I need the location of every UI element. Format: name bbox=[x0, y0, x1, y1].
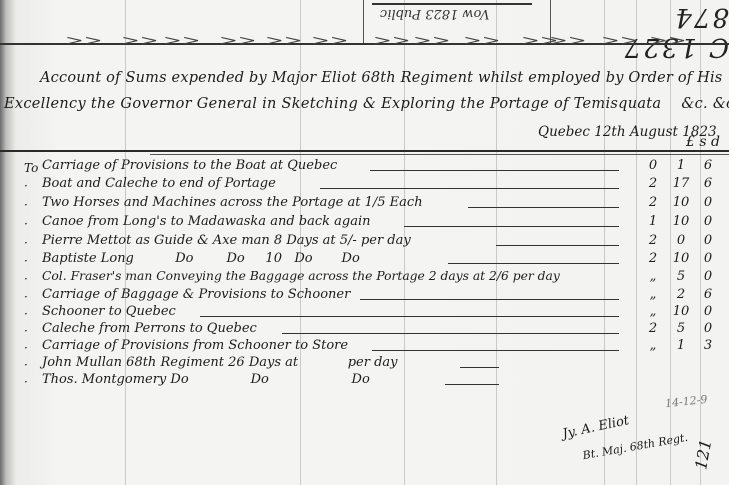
entry-row: · Thos. Montgomery Do Do Do bbox=[0, 372, 729, 390]
leader-line bbox=[360, 299, 619, 300]
pounds: „ bbox=[640, 269, 666, 284]
pence: 0 bbox=[696, 195, 720, 210]
pence: 0 bbox=[696, 321, 720, 336]
entry-description: Boat and Caleche to end of Portage bbox=[42, 176, 276, 191]
leader-line bbox=[460, 367, 499, 368]
entry-row: · Two Horses and Machines across the Por… bbox=[0, 195, 729, 213]
leader-line bbox=[496, 245, 619, 246]
pence: 6 bbox=[696, 287, 720, 302]
pounds: „ bbox=[640, 304, 666, 319]
entry-row: · Col. Fraser's man Conveying the Baggag… bbox=[0, 269, 729, 287]
leader-line bbox=[445, 384, 499, 385]
pounds: „ bbox=[640, 287, 666, 302]
pounds: 0 bbox=[640, 158, 666, 173]
entry-prefix: · bbox=[24, 375, 28, 389]
entry-amount: „13 bbox=[640, 338, 728, 353]
shillings: 10 bbox=[666, 195, 696, 210]
shillings: 2 bbox=[666, 287, 696, 302]
header-rule bbox=[0, 150, 729, 152]
title-etc: &c. &c. &c. bbox=[681, 96, 729, 112]
entry-description: Carriage of Provisions to the Boat at Qu… bbox=[42, 158, 337, 173]
entry-amount: 2100 bbox=[640, 251, 728, 266]
entry-prefix: · bbox=[24, 198, 28, 212]
pence: 0 bbox=[696, 251, 720, 266]
entry-amount: „50 bbox=[640, 269, 728, 284]
header-rule-thin bbox=[150, 154, 729, 155]
arrow-mark-icon: >> bbox=[413, 33, 451, 49]
entry-prefix: · bbox=[24, 358, 28, 372]
arrow-mark-icon: >> bbox=[549, 33, 587, 49]
entry-prefix: · bbox=[24, 341, 28, 355]
pence: 0 bbox=[696, 214, 720, 229]
entry-description: Thos. Montgomery Do Do Do bbox=[42, 372, 370, 387]
pounds: „ bbox=[640, 338, 666, 353]
pounds: 2 bbox=[640, 176, 666, 191]
arrow-mark-icon: >> bbox=[649, 33, 687, 49]
entry-amount: 1100 bbox=[640, 214, 728, 229]
entry-row: · Caleche from Perrons to Quebec 250 bbox=[0, 321, 729, 339]
leader-line bbox=[468, 207, 619, 208]
arrow-mark-icon: >> bbox=[601, 33, 639, 49]
entry-prefix: · bbox=[24, 272, 28, 286]
signature-name: Jy. A. Eliot bbox=[561, 413, 630, 442]
shillings: 5 bbox=[666, 321, 696, 336]
entry-description: Two Horses and Machines across the Porta… bbox=[42, 195, 423, 210]
arrow-mark-icon: >> bbox=[65, 33, 103, 49]
leader-line bbox=[404, 226, 619, 227]
entry-amount: „100 bbox=[640, 304, 728, 319]
pence: 0 bbox=[696, 233, 720, 248]
reference-number: C 1327 874 bbox=[563, 2, 729, 62]
shillings: 10 bbox=[666, 251, 696, 266]
title-line-2: Excellency the Governor General in Sketc… bbox=[4, 96, 729, 112]
entry-description: Baptiste Long Do Do 10 Do Do bbox=[42, 251, 360, 266]
entry-row: · Boat and Caleche to end of Portage 217… bbox=[0, 176, 729, 194]
entry-description: Caleche from Perrons to Quebec bbox=[42, 321, 257, 336]
arrow-mark-icon: >> bbox=[121, 33, 159, 49]
pence: 0 bbox=[696, 269, 720, 284]
pence: 3 bbox=[696, 338, 720, 353]
leader-line bbox=[372, 350, 619, 351]
entry-row: · Carriage of Baggage & Provisions to Sc… bbox=[0, 287, 729, 305]
shillings: 17 bbox=[666, 176, 696, 191]
pounds: 2 bbox=[640, 233, 666, 248]
entry-prefix: · bbox=[24, 179, 28, 193]
pence: 0 bbox=[696, 304, 720, 319]
shillings: 5 bbox=[666, 269, 696, 284]
shillings: 1 bbox=[666, 158, 696, 173]
entry-row: · Baptiste Long Do Do 10 Do Do 2100 bbox=[0, 251, 729, 269]
leader-line bbox=[200, 316, 619, 317]
pounds: 2 bbox=[640, 251, 666, 266]
pence: 6 bbox=[696, 176, 720, 191]
title-line-2-text: Excellency the Governor General in Sketc… bbox=[4, 96, 661, 112]
entry-prefix: · bbox=[24, 324, 28, 338]
arrow-mark-icon: >> bbox=[463, 33, 501, 49]
pence: 6 bbox=[696, 158, 720, 173]
entry-description: Carriage of Baggage & Provisions to Scho… bbox=[42, 287, 350, 302]
entry-prefix: · bbox=[24, 217, 28, 231]
entry-row: · John Mullan 68th Regiment 26 Days at p… bbox=[0, 355, 729, 373]
entry-prefix: · bbox=[24, 307, 28, 321]
entry-row: · Schooner to Quebec „100 bbox=[0, 304, 729, 322]
entry-amount: 2176 bbox=[640, 176, 728, 191]
entry-description: Pierre Mettot as Guide & Axe man 8 Days … bbox=[42, 233, 411, 248]
entry-description: Carriage of Provisions from Schooner to … bbox=[42, 338, 348, 353]
folio-number: 121 bbox=[691, 438, 715, 471]
leader-line bbox=[282, 333, 619, 334]
arrow-mark-icon: >> bbox=[163, 33, 201, 49]
entry-prefix: · bbox=[24, 236, 28, 250]
stamp-bar bbox=[372, 3, 532, 5]
entry-row: · Canoe from Long's to Madawaska and bac… bbox=[0, 214, 729, 232]
arrow-mark-icon: >> bbox=[373, 33, 411, 49]
shillings: 1 bbox=[666, 338, 696, 353]
entry-row: · Pierre Mettot as Guide & Axe man 8 Day… bbox=[0, 233, 729, 251]
leader-line bbox=[370, 170, 619, 171]
entry-amount: 016 bbox=[640, 158, 728, 173]
pounds: 1 bbox=[640, 214, 666, 229]
entry-description: John Mullan 68th Regiment 26 Days at per… bbox=[42, 355, 398, 370]
entry-description: Col. Fraser's man Conveying the Baggage … bbox=[42, 269, 560, 283]
entry-prefix: · bbox=[24, 254, 28, 268]
title-line-1: Account of Sums expended by Major Eliot … bbox=[40, 70, 722, 86]
pounds: 2 bbox=[640, 195, 666, 210]
entry-amount: 250 bbox=[640, 321, 728, 336]
entry-row: To Carriage of Provisions to the Boat at… bbox=[0, 158, 729, 176]
pounds: 2 bbox=[640, 321, 666, 336]
document-page: Vow 1823 Public C 1327 874 >> >> >> >> >… bbox=[0, 0, 729, 485]
arrow-mark-icon: >> bbox=[265, 33, 303, 49]
entry-description: Schooner to Quebec bbox=[42, 304, 176, 319]
shillings: 10 bbox=[666, 304, 696, 319]
entry-amount: „26 bbox=[640, 287, 728, 302]
entry-description: Canoe from Long's to Madawaska and back … bbox=[42, 214, 371, 229]
entry-amount: 2100 bbox=[640, 195, 728, 210]
shillings: 0 bbox=[666, 233, 696, 248]
entry-amount: 200 bbox=[640, 233, 728, 248]
leader-line bbox=[320, 188, 619, 189]
entry-row: · Carriage of Provisions from Schooner t… bbox=[0, 338, 729, 356]
entry-prefix: To bbox=[24, 161, 38, 175]
entry-prefix: · bbox=[24, 290, 28, 304]
arrow-mark-icon: >> bbox=[219, 33, 257, 49]
stamp-text: Vow 1823 Public bbox=[380, 6, 490, 21]
arrow-mark-icon: >> bbox=[311, 33, 349, 49]
shillings: 10 bbox=[666, 214, 696, 229]
currency-header: £ s d bbox=[686, 134, 720, 150]
leader-line bbox=[448, 263, 619, 264]
